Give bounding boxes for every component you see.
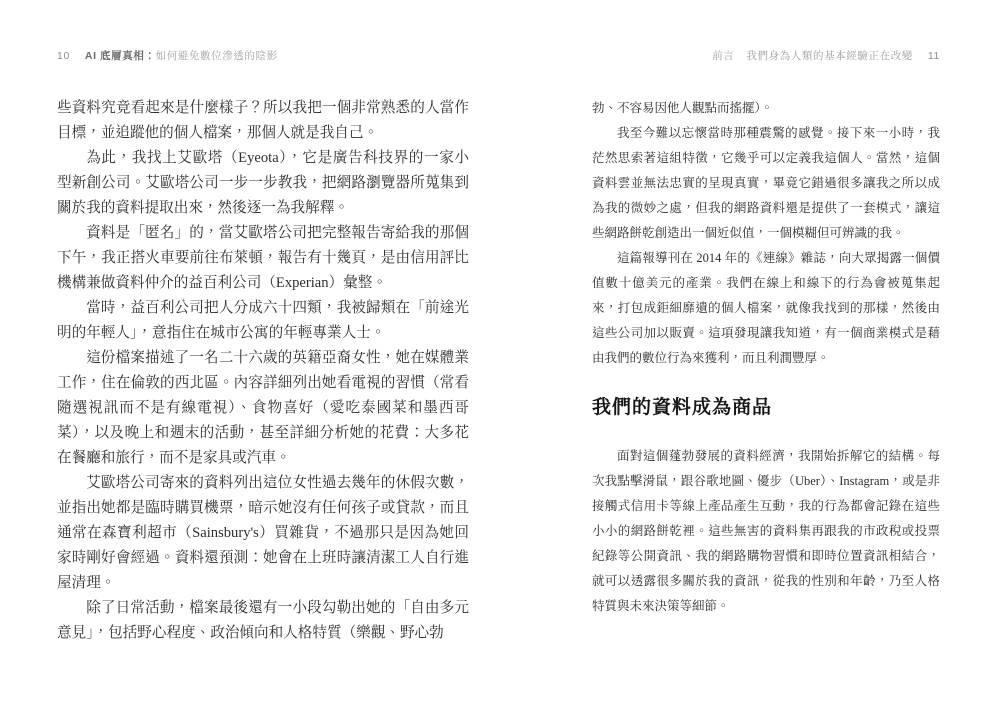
paragraph: 艾歐塔公司寄來的資料列出這位女性過去幾年的休假次數，並指出她都是臨時購買機票，暗… [57, 471, 469, 596]
paragraph: 勃、不容易因他人觀點而搖擺）。 [592, 96, 940, 121]
paragraph: 資料是「匿名」的，當艾歐塔公司把完整報告寄給我的那個下午，我正搭火車要前往布萊頓… [57, 221, 469, 296]
paragraph: 除了日常活動，檔案最後還有一小段勾勒出她的「自由多元意見」，包括野心程度、政治傾… [57, 596, 469, 646]
left-page-body: 些資料究竟看起來是什麼樣子？所以我把一個非常熟悉的人當作目標，並追蹤他的個人檔案… [57, 96, 469, 646]
right-running-header: 前言我們身為人類的基本經驗正在改變11 [712, 49, 940, 63]
paragraph: 這篇報導刊在 2014 年的《連線》雜誌，向大眾揭露一個價值數十億美元的產業。我… [592, 246, 940, 371]
right-page-body: 勃、不容易因他人觀點而搖擺）。 我至今難以忘懷當時那種震驚的感覺。接下來一小時，… [592, 96, 940, 619]
book-subtitle: 如何避免數位滲透的陰影 [156, 50, 278, 62]
paragraph: 些資料究竟看起來是什麼樣子？所以我把一個非常熟悉的人當作目標，並追蹤他的個人檔案… [57, 96, 469, 146]
section-heading: 我們的資料成為商品 [592, 397, 940, 418]
chapter-label: 前言 [712, 50, 734, 62]
paragraph: 為此，我找上艾歐塔（Eyeota），它是廣告科技界的一家小型新創公司。艾歐塔公司… [57, 146, 469, 221]
paragraph: 面對這個蓬勃發展的資料經濟，我開始拆解它的結構。每次我點擊滑鼠，跟谷歌地圖、優步… [592, 444, 940, 619]
left-page-number: 10 [57, 50, 70, 62]
book-title: AI 底層真相： [85, 50, 156, 62]
chapter-title: 我們身為人類的基本經驗正在改變 [746, 50, 913, 62]
left-running-header: 10AI 底層真相：如何避免數位滲透的陰影 [57, 49, 278, 63]
paragraph: 我至今難以忘懷當時那種震驚的感覺。接下來一小時，我茫然思索著這組特徵，它幾乎可以… [592, 121, 940, 246]
right-page-number: 11 [928, 50, 940, 62]
paragraph: 當時，益百利公司把人分成六十四類，我被歸類在「前途光明的年輕人」，意指住在城市公… [57, 296, 469, 346]
paragraph: 這份檔案描述了一名二十六歲的英籍亞裔女性，她在媒體業工作，住在倫敦的西北區。內容… [57, 346, 469, 471]
